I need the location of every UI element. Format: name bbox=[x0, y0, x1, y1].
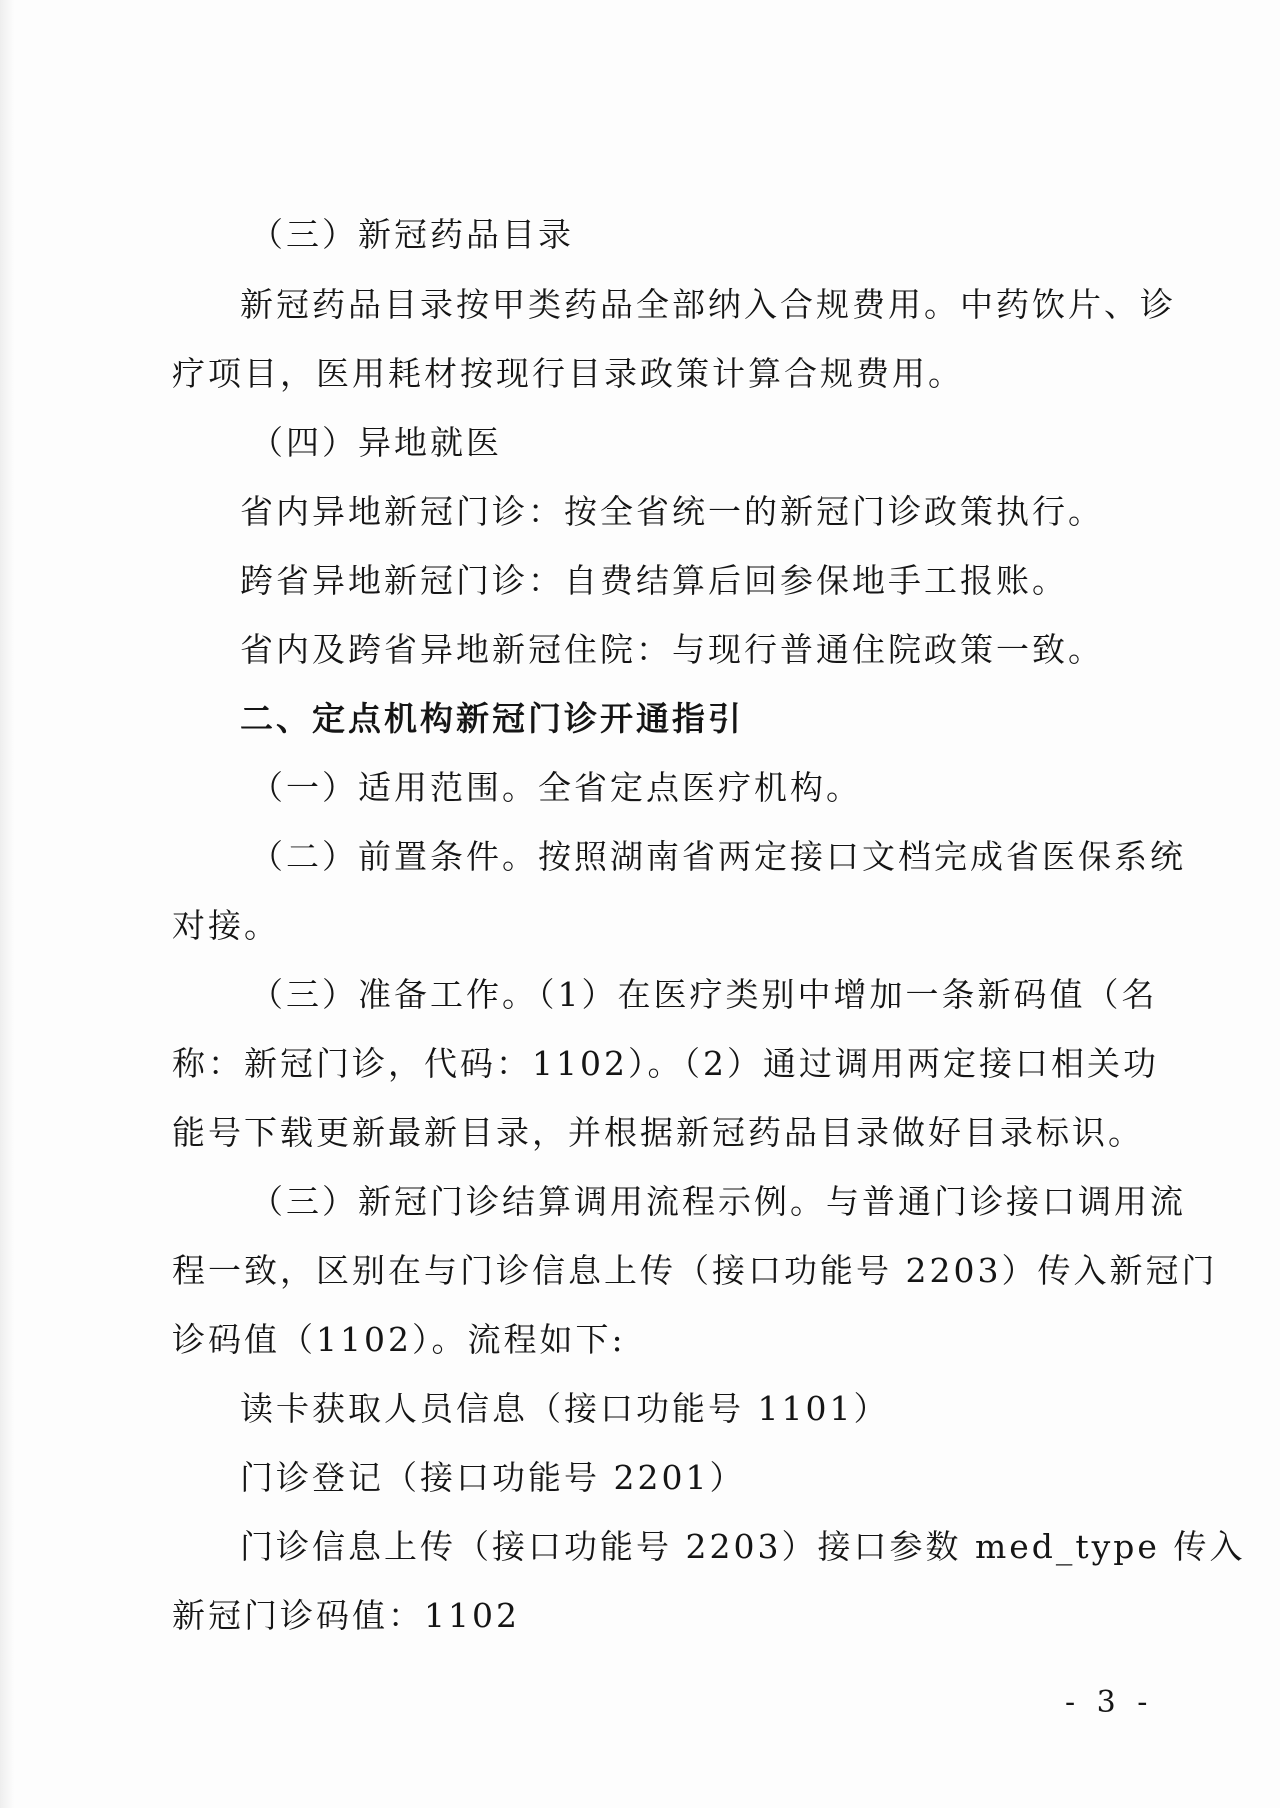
paragraph-line: 能号下载更新最新目录，并根据新冠药品目录做好目录标识。 bbox=[172, 1113, 1144, 1153]
page-number: - 3 - bbox=[1065, 1685, 1153, 1720]
paragraph-line: 疗项目，医用耗材按现行目录政策计算合规费用。 bbox=[172, 354, 964, 394]
paragraph-line: 跨省异地新冠门诊：自费结算后回参保地手工报账。 bbox=[240, 561, 1068, 601]
paragraph-line: 省内异地新冠门诊：按全省统一的新冠门诊政策执行。 bbox=[240, 492, 1104, 532]
paragraph-line: （三）新冠门诊结算调用流程示例。与普通门诊接口调用流 bbox=[250, 1182, 1186, 1222]
paragraph-line: 新冠药品目录按甲类药品全部纳入合规费用。中药饮片、诊 bbox=[240, 285, 1176, 325]
paragraph-line: 程一致，区别在与门诊信息上传（接口功能号 2203）传入新冠门 bbox=[172, 1251, 1217, 1291]
paragraph-line: 对接。 bbox=[172, 906, 280, 946]
heading-covid-drug-catalog: （三）新冠药品目录 bbox=[250, 215, 574, 255]
paragraph-line: 诊码值（1102）。流程如下: bbox=[172, 1320, 626, 1360]
paragraph-line: 省内及跨省异地新冠住院：与现行普通住院政策一致。 bbox=[240, 630, 1104, 670]
paragraph-line: （一）适用范围。全省定点医疗机构。 bbox=[250, 768, 862, 808]
flow-step-1101: 读卡获取人员信息（接口功能号 1101） bbox=[240, 1389, 889, 1429]
scan-edge-shadow bbox=[0, 0, 14, 1808]
paragraph-line: 称：新冠门诊，代码：1102）。（2）通过调用两定接口相关功 bbox=[172, 1044, 1159, 1084]
flow-step-2203: 门诊信息上传（接口功能号 2203）接口参数 med_type 传入 bbox=[240, 1527, 1245, 1567]
heading-offsite-medical: （四）异地就医 bbox=[250, 423, 502, 463]
flow-step-2201: 门诊登记（接口功能号 2201） bbox=[240, 1458, 745, 1498]
paragraph-line: 新冠门诊码值：1102 bbox=[172, 1596, 520, 1636]
paragraph-line: （二）前置条件。按照湖南省两定接口文档完成省医保系统 bbox=[250, 837, 1186, 877]
section-heading-clinic-guide: 二、定点机构新冠门诊开通指引 bbox=[240, 699, 744, 739]
paragraph-line: （三）准备工作。（1）在医疗类别中增加一条新码值（名 bbox=[250, 975, 1158, 1015]
